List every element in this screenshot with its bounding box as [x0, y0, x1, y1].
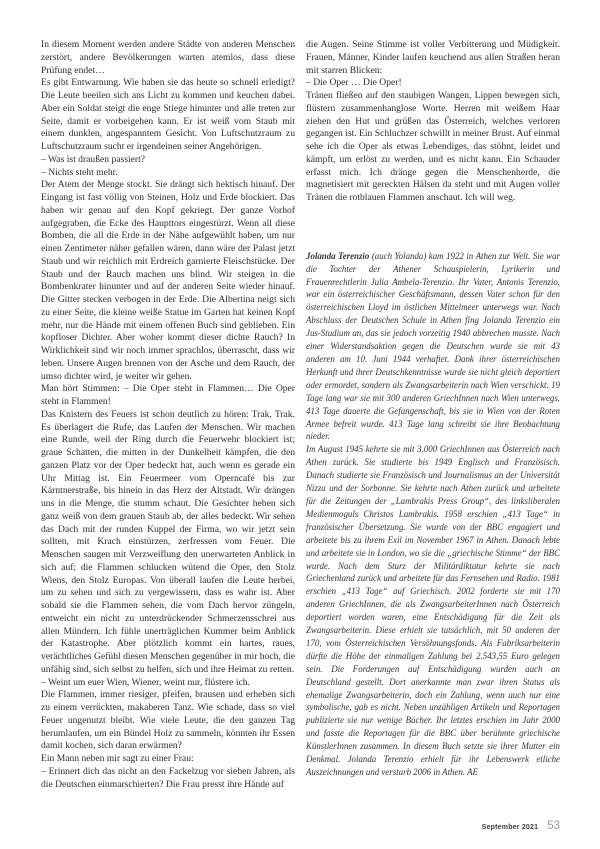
body-paragraph: Die Flammen, immer riesiger, pfeifen, br… [41, 689, 295, 753]
body-paragraph: Das Knistern des Feuers ist schon deutli… [41, 409, 295, 677]
issue-date: September 2021 [482, 824, 539, 831]
body-paragraph: In diesem Moment werden andere Städte vo… [41, 39, 295, 77]
dialogue-line: – Erinnert dich das nicht an den Fackelz… [41, 766, 295, 792]
body-paragraph: die Augen. Seine Stimme ist voller Verbi… [306, 39, 560, 77]
magazine-page: In diesem Moment werden andere Städte vo… [0, 0, 600, 849]
dialogue-line: – Weint um euer Wien, Wiener, weint nur,… [41, 677, 295, 690]
page-number: 53 [547, 820, 560, 832]
body-paragraph: Der Atem der Menge stockt. Sie drängt si… [41, 179, 295, 383]
body-paragraph: Man hört Stimmen: – Die Oper steht in Fl… [41, 383, 295, 409]
dialogue-line: – Nichts steht mehr. [41, 167, 295, 180]
bio-paragraph: Im August 1945 kehrte sie mit 3.000 Grie… [306, 443, 560, 779]
dialogue-line: – Die Oper … Die Oper! [306, 77, 560, 90]
text-columns: In diesem Moment werden andere Städte vo… [41, 39, 560, 791]
author-name: Jolanda Terenzio [306, 251, 369, 261]
bio-paragraph-text: (auch Yolanda) kam 1922 in Athen zur Wel… [306, 251, 560, 442]
right-column: die Augen. Seine Stimme ist voller Verbi… [306, 39, 560, 791]
left-column: In diesem Moment werden andere Städte vo… [41, 39, 295, 791]
bio-paragraph: Jolanda Terenzio (auch Yolanda) kam 1922… [306, 250, 560, 444]
dialogue-line: – Was ist draußen passiert? [41, 154, 295, 167]
body-paragraph: Tränen fließen auf den staubigen Wangen,… [306, 90, 560, 205]
body-paragraph: Es gibt Entwarnung. Wie haben sie das he… [41, 77, 295, 154]
page-footer: September 2021 53 [482, 820, 560, 832]
body-paragraph: Ein Mann neben mir sagt zu einer Frau: [41, 753, 295, 766]
author-bio: Jolanda Terenzio (auch Yolanda) kam 1922… [306, 250, 560, 779]
